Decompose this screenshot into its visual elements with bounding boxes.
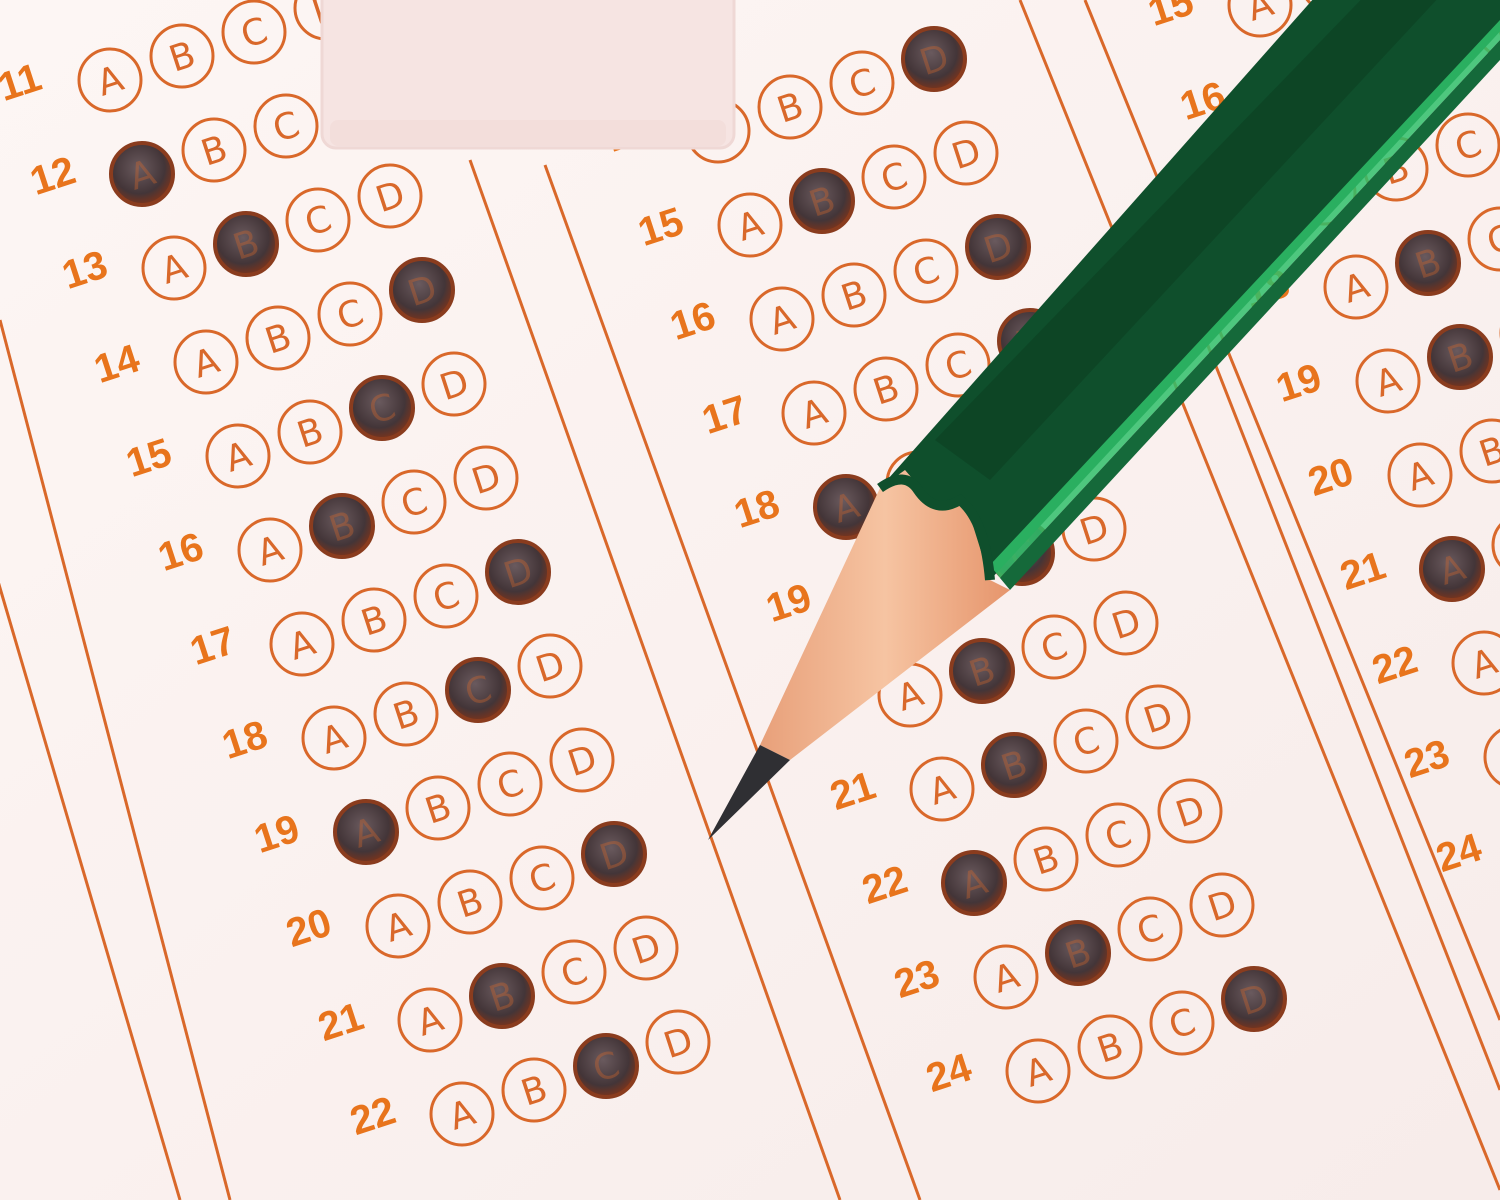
answer-sheet-photo: 11ABCD12ABCD13ABCD14ABCD15ABCD16ABCD17AB… <box>0 0 1500 1200</box>
eraser <box>322 0 734 148</box>
